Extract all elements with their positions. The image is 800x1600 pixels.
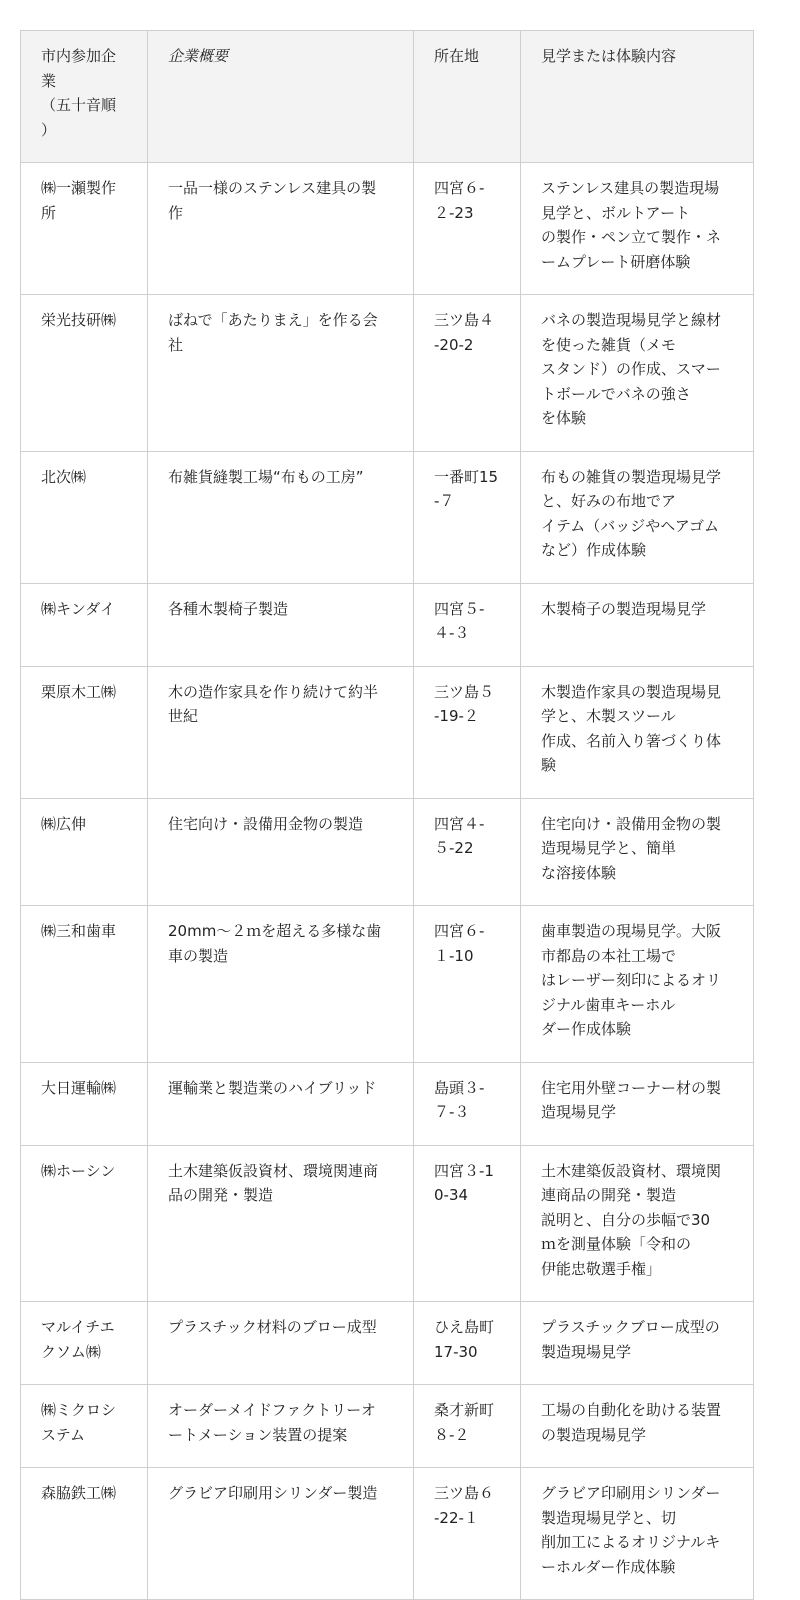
table-header: 市内参加企 業 （五十音順 ） 企業概要 所在地 見学または体験内容 [21, 31, 754, 163]
table-row: ㈱ホーシン 土木建築仮設資材、環境関連商 品の開発・製造 四宮３-1 0-34 … [21, 1145, 754, 1302]
header-company: 市内参加企 業 （五十音順 ） [21, 31, 148, 163]
table-row: ㈱ミクロシ ステム オーダーメイドファクトリーオ ートメーション装置の提案 桑才… [21, 1385, 754, 1468]
cell-company: ㈱ミクロシ ステム [21, 1385, 148, 1468]
cell-address: 三ツ島４ -20-2 [414, 295, 521, 452]
cell-content: グラビア印刷用シリンダー 製造現場見学と、切 削加工によるオリジナルキ ーホルダ… [521, 1468, 754, 1600]
cell-content: 木製造作家具の製造現場見 学と、木製スツール 作成、名前入り箸づくり体 験 [521, 666, 754, 798]
company-tour-table-container: 市内参加企 業 （五十音順 ） 企業概要 所在地 見学または体験内容 ㈱一瀬製作… [20, 30, 753, 1600]
cell-address: 四宮４- ５-22 [414, 798, 521, 906]
cell-company: 栄光技研㈱ [21, 295, 148, 452]
cell-address: ひえ島町 17-30 [414, 1302, 521, 1385]
cell-content: プラスチックブロー成型の 製造現場見学 [521, 1302, 754, 1385]
cell-content: 住宅向け・設備用金物の製 造現場見学と、簡単 な溶接体験 [521, 798, 754, 906]
cell-content: バネの製造現場見学と線材 を使った雑貨（メモ スタンド）の作成、スマー トボール… [521, 295, 754, 452]
cell-content: 布もの雑貨の製造現場見学 と、好みの布地でア イテム（バッジやヘアゴム など）作… [521, 451, 754, 583]
cell-address: 一番町15 -７ [414, 451, 521, 583]
cell-content: 木製椅子の製造現場見学 [521, 583, 754, 666]
cell-summary: 運輸業と製造業のハイブリッド [148, 1062, 414, 1145]
cell-company: ㈱一瀬製作 所 [21, 163, 148, 295]
cell-summary: 一品一様のステンレス建具の製 作 [148, 163, 414, 295]
table-row: 栗原木工㈱ 木の造作家具を作り続けて約半 世紀 三ツ島５ -19-２ 木製造作家… [21, 666, 754, 798]
cell-company: 北次㈱ [21, 451, 148, 583]
cell-summary: 各種木製椅子製造 [148, 583, 414, 666]
cell-summary: グラビア印刷用シリンダー製造 [148, 1468, 414, 1600]
cell-company: ㈱三和歯車 [21, 906, 148, 1063]
cell-content: 住宅用外壁コーナー材の製 造現場見学 [521, 1062, 754, 1145]
cell-address: 四宮６- １-10 [414, 906, 521, 1063]
table-row: ㈱キンダイ 各種木製椅子製造 四宮５- ４-３ 木製椅子の製造現場見学 [21, 583, 754, 666]
table-row: 森脇鉄工㈱ グラビア印刷用シリンダー製造 三ツ島６ -22-１ グラビア印刷用シ… [21, 1468, 754, 1600]
table-row: ㈱広伸 住宅向け・設備用金物の製造 四宮４- ５-22 住宅向け・設備用金物の製… [21, 798, 754, 906]
table-body: ㈱一瀬製作 所 一品一様のステンレス建具の製 作 四宮６- ２-23 ステンレス… [21, 163, 754, 1600]
cell-content: 土木建築仮設資材、環境関 連商品の開発・製造 説明と、自分の歩幅で30 ｍを測量… [521, 1145, 754, 1302]
cell-company: ㈱広伸 [21, 798, 148, 906]
table-row: マルイチエ クソム㈱ プラスチック材料のブロー成型 ひえ島町 17-30 プラス… [21, 1302, 754, 1385]
cell-summary: 土木建築仮設資材、環境関連商 品の開発・製造 [148, 1145, 414, 1302]
table-row: ㈱一瀬製作 所 一品一様のステンレス建具の製 作 四宮６- ２-23 ステンレス… [21, 163, 754, 295]
cell-summary: ばねで「あたりまえ」を作る会 社 [148, 295, 414, 452]
cell-address: 四宮５- ４-３ [414, 583, 521, 666]
table-row: 栄光技研㈱ ばねで「あたりまえ」を作る会 社 三ツ島４ -20-2 バネの製造現… [21, 295, 754, 452]
cell-summary: 20mm～２ｍを超える多様な歯 車の製造 [148, 906, 414, 1063]
cell-company: ㈱キンダイ [21, 583, 148, 666]
cell-summary: 布雑貨縫製工場“布もの工房” [148, 451, 414, 583]
cell-content: 歯車製造の現場見学。大阪 市都島の本社工場で はレーザー刻印によるオリ ジナル歯… [521, 906, 754, 1063]
cell-summary: 木の造作家具を作り続けて約半 世紀 [148, 666, 414, 798]
cell-address: 四宮６- ２-23 [414, 163, 521, 295]
cell-address: 桑才新町 ８-２ [414, 1385, 521, 1468]
header-address: 所在地 [414, 31, 521, 163]
table-row: 大日運輸㈱ 運輸業と製造業のハイブリッド 島頭３- ７-３ 住宅用外壁コーナー材… [21, 1062, 754, 1145]
cell-company: マルイチエ クソム㈱ [21, 1302, 148, 1385]
cell-summary: 住宅向け・設備用金物の製造 [148, 798, 414, 906]
table-row: ㈱三和歯車 20mm～２ｍを超える多様な歯 車の製造 四宮６- １-10 歯車製… [21, 906, 754, 1063]
company-tour-table: 市内参加企 業 （五十音順 ） 企業概要 所在地 見学または体験内容 ㈱一瀬製作… [20, 30, 754, 1600]
cell-content: 工場の自動化を助ける装置 の製造現場見学 [521, 1385, 754, 1468]
cell-summary: オーダーメイドファクトリーオ ートメーション装置の提案 [148, 1385, 414, 1468]
cell-company: 大日運輸㈱ [21, 1062, 148, 1145]
header-summary: 企業概要 [148, 31, 414, 163]
cell-company: 森脇鉄工㈱ [21, 1468, 148, 1600]
table-row: 北次㈱ 布雑貨縫製工場“布もの工房” 一番町15 -７ 布もの雑貨の製造現場見学… [21, 451, 754, 583]
cell-address: 三ツ島６ -22-１ [414, 1468, 521, 1600]
cell-summary: プラスチック材料のブロー成型 [148, 1302, 414, 1385]
cell-content: ステンレス建具の製造現場 見学と、ボルトアート の製作・ペン立て製作・ネ ームプ… [521, 163, 754, 295]
cell-company: ㈱ホーシン [21, 1145, 148, 1302]
header-content: 見学または体験内容 [521, 31, 754, 163]
cell-company: 栗原木工㈱ [21, 666, 148, 798]
cell-address: 島頭３- ７-３ [414, 1062, 521, 1145]
header-row: 市内参加企 業 （五十音順 ） 企業概要 所在地 見学または体験内容 [21, 31, 754, 163]
cell-address: 四宮３-1 0-34 [414, 1145, 521, 1302]
cell-address: 三ツ島５ -19-２ [414, 666, 521, 798]
